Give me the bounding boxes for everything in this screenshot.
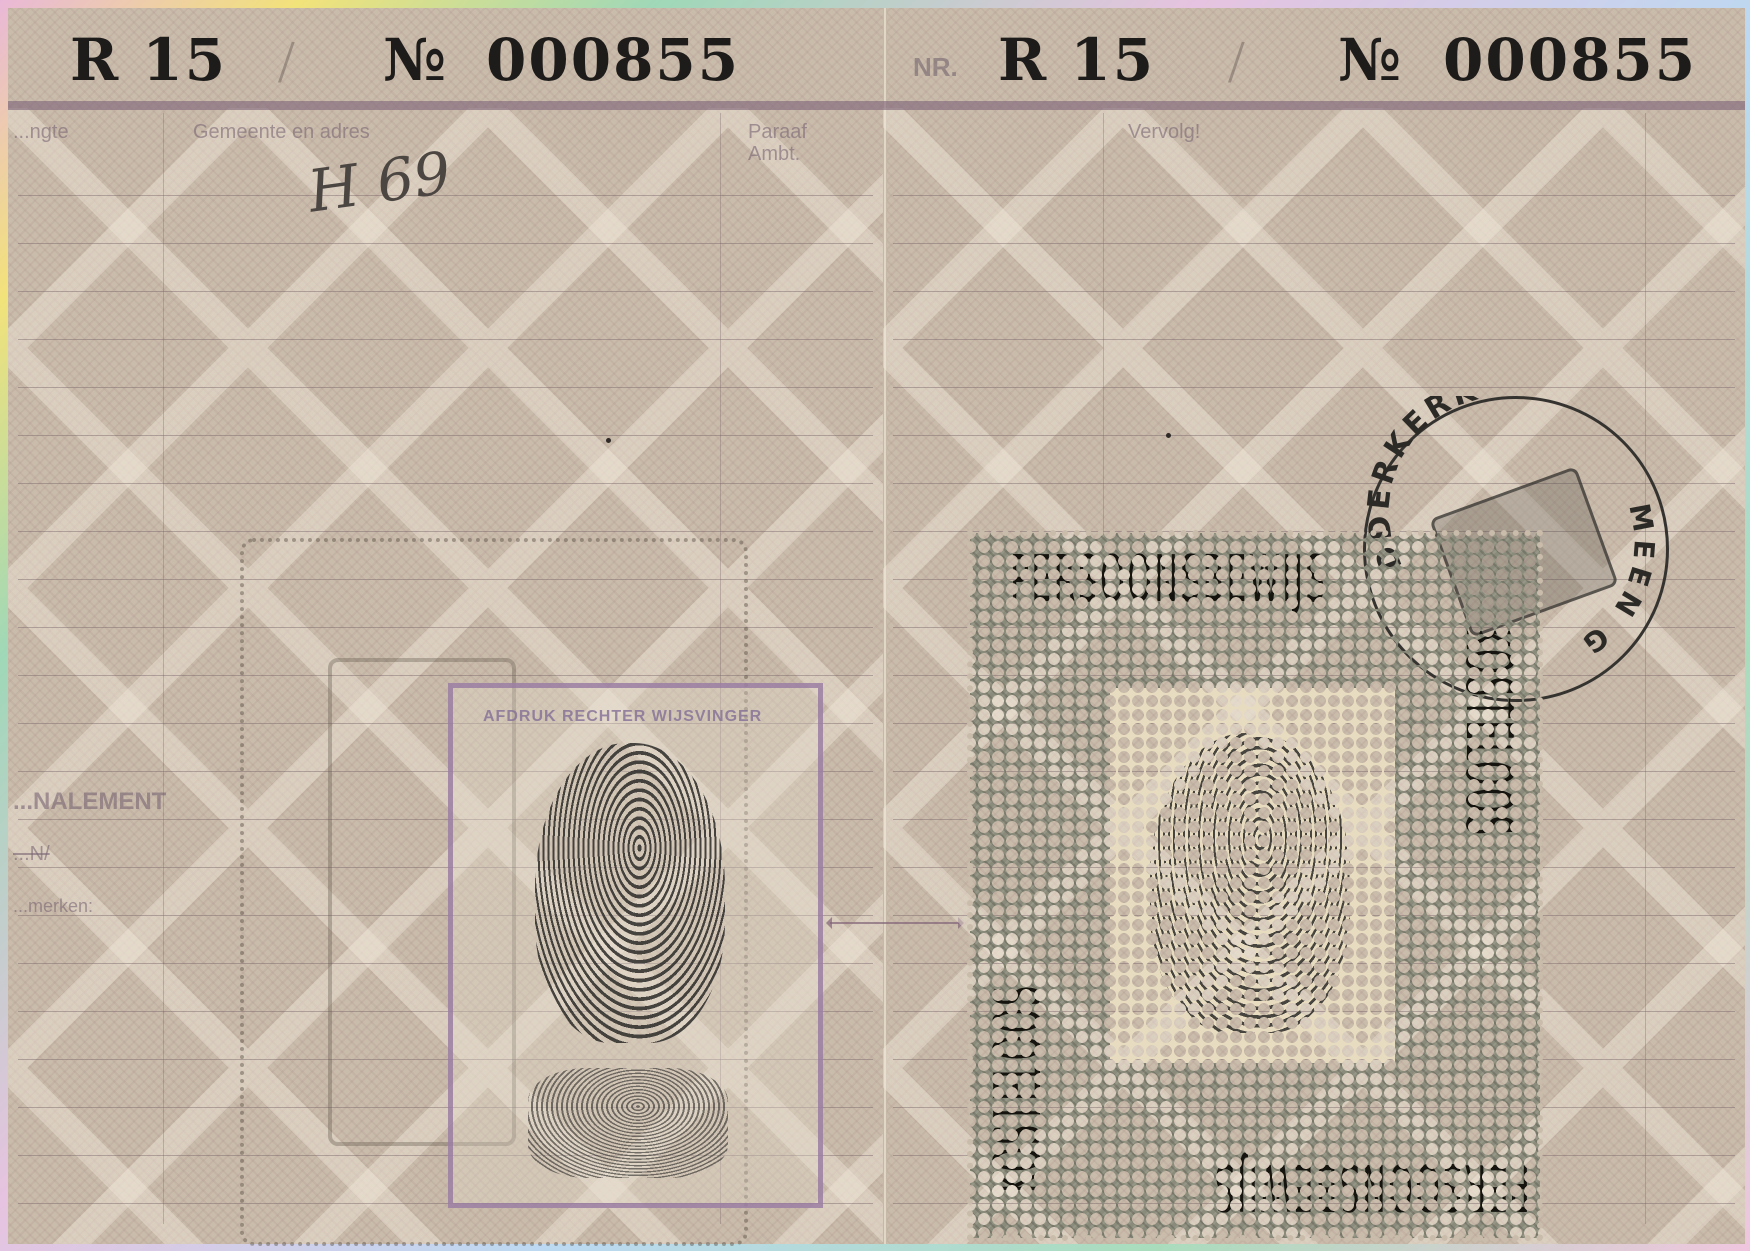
series-number: R 15: [998, 26, 1155, 94]
side-label-remarks: ...merken:: [13, 896, 93, 917]
side-label: ...N/: [13, 843, 50, 866]
document-number: 000855: [1443, 26, 1697, 94]
header-band: [883, 101, 1745, 110]
header-band: [8, 101, 883, 110]
number-prefix: №: [1338, 26, 1403, 94]
separator-slash: /: [278, 28, 295, 97]
fingerprint-box-label: AFDRUK RECHTER WIJSVINGER: [483, 708, 762, 726]
ink-dot: [606, 438, 611, 443]
column-header-continued: Vervolg!: [1128, 121, 1200, 144]
series-prefix: NR.: [913, 52, 958, 83]
separator-slash: /: [1228, 28, 1245, 97]
column-header: ...ngte: [13, 121, 69, 144]
identity-document: R 15 / № 000855 ...ngte Gemeente en adre…: [8, 8, 1745, 1244]
series-number: R 15: [70, 26, 227, 94]
side-label-signalement: ...NALEMENT: [13, 788, 166, 816]
column-divider: [163, 113, 164, 1224]
column-header-initials: Paraaf Ambt.: [748, 121, 828, 165]
left-page: R 15 / № 000855 ...ngte Gemeente en adre…: [8, 8, 883, 1244]
svg-text:MEEN G: MEEN G: [1572, 501, 1661, 664]
column-header-address: Gemeente en adres: [193, 121, 370, 144]
fingerprint-icon: [535, 743, 725, 1043]
document-number: 000855: [486, 26, 740, 94]
ink-dot: [1166, 433, 1171, 438]
stamp-perforation: [970, 533, 1540, 1238]
fingerprint-box: AFDRUK RECHTER WIJSVINGER: [448, 683, 823, 1208]
number-prefix: №: [383, 26, 448, 94]
partial-fingerprint-icon: [528, 1068, 728, 1178]
